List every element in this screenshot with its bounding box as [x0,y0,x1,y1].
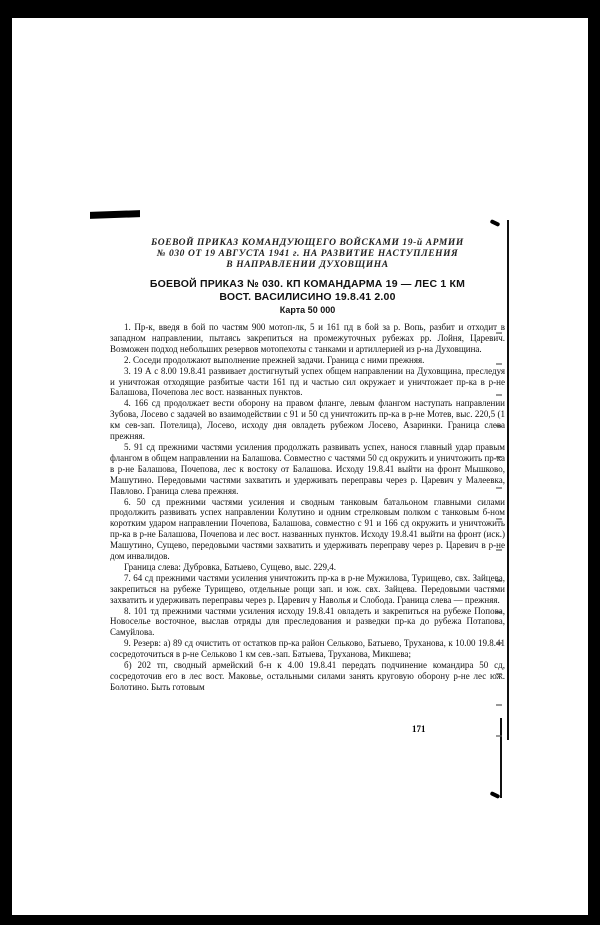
paragraph: 8. 101 тд прежними частями усиления исхо… [110,606,505,639]
document-content: БОЕВОЙ ПРИКАЗ КОМАНДУЮЩЕГО ВОЙСКАМИ 19-й… [110,238,505,693]
order-body: 1. Пр-к, введя в бой по частям 900 мотоп… [110,322,505,693]
title-line: БОЕВОЙ ПРИКАЗ КОМАНДУЮЩЕГО ВОЙСКАМИ 19-й… [110,238,505,249]
paragraph: 5. 91 сд прежними частями усиления продо… [110,442,505,497]
title-line: В НАПРАВЛЕНИИ ДУХОВЩИНА [110,260,505,271]
document-title: БОЕВОЙ ПРИКАЗ КОМАНДУЮЩЕГО ВОЙСКАМИ 19-й… [110,238,505,271]
corner-mark-top [490,219,501,227]
order-header-line: ВОСТ. ВАСИЛИСИНО 19.8.41 2.00 [110,291,505,304]
paragraph: 7. 64 сд прежними частями усиления уничт… [110,573,505,606]
corner-mark-bottom [490,791,501,799]
paragraph: 3. 19 А с 8.00 19.8.41 развивает достигн… [110,366,505,399]
ink-bar-mark [90,210,140,219]
binding-rule [507,220,509,740]
title-line: № 030 ОТ 19 АВГУСТА 1941 г. НА РАЗВИТИЕ … [110,249,505,260]
page-number: 171 [412,724,426,734]
paragraph: б) 202 тп, сводный армейский б-н к 4.00 … [110,660,505,693]
order-header-line: БОЕВОЙ ПРИКАЗ № 030. КП КОМАНДАРМА 19 — … [110,278,505,291]
paragraph: 1. Пр-к, введя в бой по частям 900 мотоп… [110,322,505,355]
paragraph: 2. Соседи продолжают выполнение прежней … [110,355,505,366]
paragraph: 6. 50 сд прежними частями усиления и сво… [110,497,505,562]
paragraph: 9. Резерв: а) 89 сд очистить от остатков… [110,638,505,660]
map-reference: Карта 50 000 [110,304,505,316]
order-header: БОЕВОЙ ПРИКАЗ № 030. КП КОМАНДАРМА 19 — … [110,278,505,304]
paragraph: 4. 166 сд продолжает вести оборону на пр… [110,398,505,442]
paragraph: Граница слева: Дубровка, Батыево, Сущево… [110,562,505,573]
